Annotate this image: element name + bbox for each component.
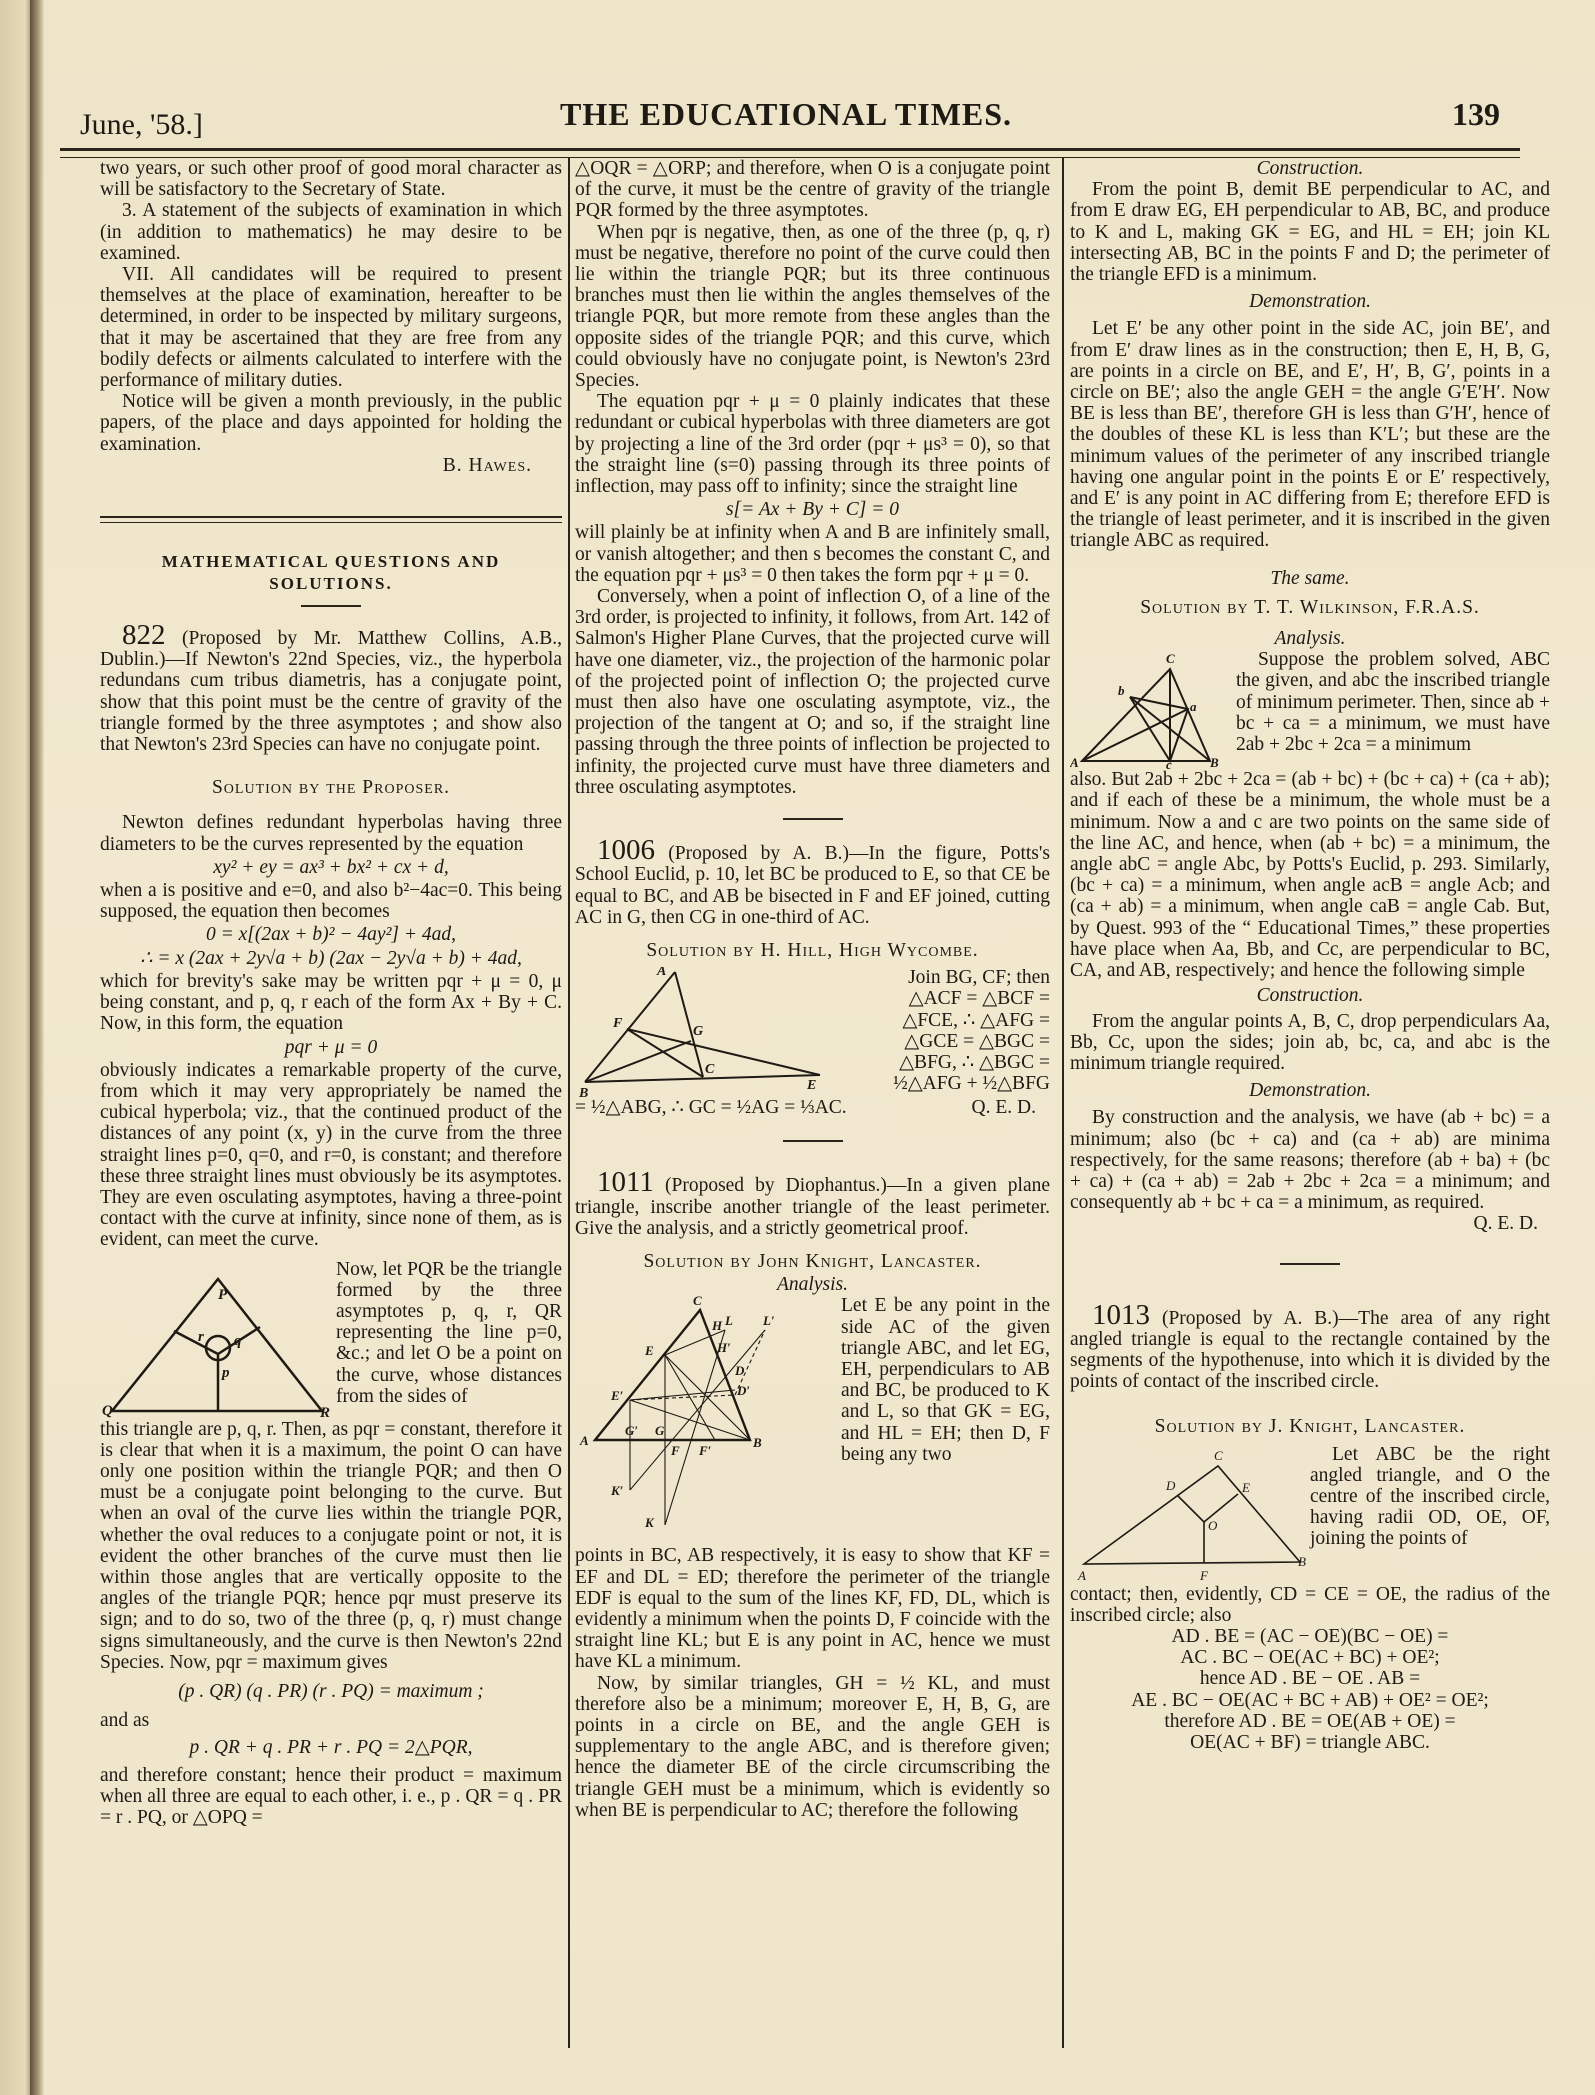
paragraph: also. But 2ab + 2bc + 2ca = (ab + bc) + … (1070, 769, 1550, 981)
figure-caption-text: Suppose the problem solved, ABC the give… (1230, 649, 1550, 755)
qed: Q. E. D. (972, 1097, 1050, 1118)
label-b: b (1118, 683, 1125, 698)
proof-line: ½△AFG + ½△BFG (845, 1073, 1050, 1094)
divider (783, 1140, 843, 1142)
label-C: C (693, 1295, 702, 1308)
label-B: B (1209, 755, 1219, 769)
label-A: A (1070, 755, 1079, 769)
the-same-label: The same. (1070, 568, 1550, 589)
paragraph: Let E′ be any other point in the side AC… (1070, 318, 1550, 551)
label-G: G (693, 1024, 703, 1039)
paragraph: will plainly be at infinity when A and B… (575, 522, 1050, 586)
label-F-prime: F′ (698, 1443, 712, 1458)
paragraph: points in BC, AB respectively, it is eas… (575, 1545, 1050, 1672)
triangle-abce-figure: A B C E F G (575, 967, 845, 1097)
label-A: A (579, 1433, 589, 1448)
label-c: c (1166, 757, 1172, 769)
section-rule (100, 516, 562, 523)
figure-caption-text: Now, let PQR be the triangle formed by t… (330, 1259, 562, 1407)
proof-line: Join BG, CF; then (845, 967, 1050, 988)
figure-block: A B C D E F O Let ABC be the right angle… (1070, 1444, 1550, 1584)
analysis-label: Analysis. (575, 1274, 1050, 1295)
question-822: 822 (Proposed by Mr. Matthew Collins, A.… (100, 625, 562, 755)
paragraph: By construction and the analysis, we hav… (1070, 1107, 1550, 1213)
equation: xy² + ey = ax³ + bx² + cx + d, (100, 857, 562, 878)
equation: pqr + μ = 0 (100, 1037, 562, 1058)
paragraph: Conversely, when a point of inflection O… (575, 586, 1050, 798)
question-1011: 1011 (Proposed by Diophantus.)—In a give… (575, 1172, 1050, 1239)
figure-block: A B C E F G Join BG, CF; then △ACF = △BC… (575, 967, 1050, 1097)
label-H-prime: H′ (716, 1340, 731, 1355)
label-C: C (1214, 1448, 1223, 1463)
label-L: L (724, 1313, 733, 1328)
label-L-prime: L′ (762, 1313, 775, 1328)
label-q: q (234, 1333, 242, 1349)
inscribed-triangle-figure: A B C E E′ G′ G H H′ D D′ F F′ K′ K L L′ (575, 1295, 835, 1545)
question-number: 1011 (597, 1166, 654, 1198)
divider (783, 818, 843, 820)
column-divider-1 (568, 158, 570, 2048)
equation: AE . BC − OE(AC + BC + AB) + OE² = OE²; (1070, 1690, 1550, 1711)
figure-block: A B C a b c Suppose the problem solved, … (1070, 649, 1550, 769)
equation: p . QR + q . PR + r . PQ = 2△PQR, (100, 1737, 562, 1758)
label-D: D (734, 1363, 745, 1378)
figure-caption-text: Let ABC be the right angled triangle, an… (1310, 1444, 1550, 1550)
analysis-label: Analysis. (1070, 628, 1550, 649)
paragraph: From the angular points A, B, C, drop pe… (1070, 1011, 1550, 1075)
solution-heading: Solution by the Proposer. (100, 777, 562, 798)
paragraph: Notice will be given a month previously,… (100, 391, 562, 455)
label-p: p (220, 1365, 230, 1381)
question-number: 1013 (1092, 1299, 1150, 1331)
paragraph: From the point B, demit BE perpendicular… (1070, 179, 1550, 285)
proof-line: △GCE = △BGC = (845, 1031, 1050, 1052)
proof-line: △ACF = △BCF = (845, 988, 1050, 1009)
label-D: D (1165, 1478, 1176, 1493)
figure-block: P Q R r q p Now, let PQR be the triangle… (100, 1259, 562, 1419)
column-middle: △OQR = △ORP; and therefore, when O is a … (575, 158, 1050, 1821)
paragraph: Newton defines redundant hyperbolas havi… (100, 812, 562, 854)
figure-block: A B C E E′ G′ G H H′ D D′ F F′ K′ K L L′… (575, 1295, 1050, 1545)
paragraph: Now, by similar triangles, GH = ½ KL, an… (575, 1673, 1050, 1821)
paragraph: △OQR = △ORP; and therefore, when O is a … (575, 158, 1050, 222)
proof-line: = ½△ABG, ∴ GC = ½AG = ⅓AC. (575, 1097, 847, 1118)
equation: OE(AC + BF) = triangle ABC. (1070, 1732, 1550, 1753)
column-right: Construction. From the point B, demit BE… (1070, 158, 1550, 1753)
label-D-prime: D′ (736, 1383, 750, 1398)
label-K-prime: K′ (610, 1483, 624, 1498)
issue-date: June, '58.] (80, 108, 203, 142)
question-1013: 1013 (Proposed by A. B.)—The area of any… (1070, 1305, 1550, 1393)
label-B: B (752, 1435, 762, 1450)
proof-line: △FCE, ∴ △AFG = (845, 1010, 1050, 1031)
equation: 0 = x[(2ax + b)² − 4ay²] + 4ad, (100, 924, 562, 945)
paragraph: two years, or such other proof of good m… (100, 158, 562, 200)
label-E: E (1241, 1480, 1250, 1495)
label-Q: Q (102, 1403, 113, 1419)
orthic-triangle-figure: A B C a b c (1070, 649, 1230, 769)
question-number: 822 (122, 619, 166, 651)
equation: AC . BC − OE(AC + BC) + OE²; (1070, 1647, 1550, 1668)
equation: ∴ = x (2ax + 2y√a + b) (2ax − 2y√a + b) … (100, 948, 562, 969)
construction-label: Construction. (1070, 985, 1550, 1006)
paragraph: VII. All candidates will be required to … (100, 264, 562, 391)
demonstration-label: Demonstration. (1070, 1080, 1550, 1101)
question-1006: 1006 (Proposed by A. B.)—In the figure, … (575, 840, 1050, 928)
label-E: E (806, 1078, 816, 1093)
masthead-rule (60, 148, 1520, 158)
equation: AD . BE = (AC − OE)(BC − OE) = (1070, 1626, 1550, 1647)
label-B: B (1298, 1554, 1306, 1569)
divider (301, 605, 361, 607)
construction-label: Construction. (1070, 158, 1550, 179)
label-O: O (1208, 1518, 1218, 1533)
label-C: C (1166, 651, 1175, 666)
label-F: F (612, 1016, 623, 1031)
question-number: 1006 (597, 834, 655, 866)
paragraph: which for brevity's sake may be written … (100, 971, 562, 1035)
proof-line: △BFG, ∴ △BGC = (845, 1052, 1050, 1073)
label-G: G (655, 1423, 665, 1438)
label-C: C (705, 1062, 715, 1077)
paragraph: this triangle are p, q, r. Then, as pqr … (100, 1419, 562, 1673)
paragraph: contact; then, evidently, CD = CE = OE, … (1070, 1584, 1550, 1626)
label-F: F (1199, 1568, 1209, 1583)
label-R: R (319, 1405, 330, 1419)
solution-heading: Solution by J. Knight, Lancaster. (1070, 1416, 1550, 1437)
section-title: MATHEMATICAL QUESTIONS AND SOLUTIONS. (100, 551, 562, 595)
label-A: A (1077, 1568, 1086, 1583)
paragraph: 3. A statement of the subjects of examin… (100, 200, 562, 264)
publication-title: THE EDUCATIONAL TIMES. (560, 96, 1012, 133)
equation: therefore AD . BE = OE(AB + OE) = (1070, 1711, 1550, 1732)
solution-heading: Solution by H. Hill, High Wycombe. (575, 940, 1050, 961)
solution-heading: Solution by John Knight, Lancaster. (575, 1251, 1050, 1272)
proof-conclusion: = ½△ABG, ∴ GC = ½AG = ⅓AC. Q. E. D. (575, 1097, 1050, 1118)
paragraph: and as (100, 1710, 562, 1731)
solution-heading: Solution by T. T. Wilkinson, F.R.A.S. (1070, 597, 1550, 618)
figure-caption-text: Let E be any point in the side AC of the… (835, 1295, 1050, 1465)
demonstration-label: Demonstration. (1070, 291, 1550, 312)
qed: Q. E. D. (1070, 1213, 1550, 1234)
label-a: a (1190, 699, 1197, 714)
label-B: B (578, 1086, 588, 1097)
masthead: June, '58.] THE EDUCATIONAL TIMES. 139 (80, 90, 1520, 150)
label-A: A (656, 967, 666, 979)
label-E: E (644, 1343, 654, 1358)
paragraph: When pqr is negative, then, as one of th… (575, 222, 1050, 392)
equation: (p . QR) (q . PR) (r . PQ) = maximum ; (100, 1681, 562, 1702)
paragraph: obviously indicates a remarkable propert… (100, 1060, 562, 1251)
triangle-pqr-figure: P Q R r q p (100, 1259, 330, 1419)
label-G-prime: G′ (625, 1423, 638, 1438)
divider (1280, 1263, 1340, 1265)
solution-lines: Join BG, CF; then △ACF = △BCF = △FCE, ∴ … (845, 967, 1050, 1094)
paragraph: and therefore constant; hence their prod… (100, 1765, 562, 1829)
question-text: (Proposed by Mr. Matthew Collins, A.B., … (100, 628, 562, 755)
right-triangle-incircle-figure: A B C D E F O (1070, 1444, 1310, 1584)
book-gutter (30, 0, 44, 2095)
equation: s[= Ax + By + C] = 0 (575, 499, 1050, 520)
label-H: H (711, 1318, 723, 1333)
equation: hence AD . BE − OE . AB = (1070, 1668, 1550, 1689)
paragraph: The equation pqr + μ = 0 plainly indicat… (575, 391, 1050, 497)
page-number: 139 (1452, 96, 1500, 133)
label-K: K (644, 1515, 655, 1530)
label-F: F (670, 1443, 680, 1458)
paragraph: when a is positive and e=0, and also b²−… (100, 880, 562, 922)
column-left: two years, or such other proof of good m… (100, 158, 562, 1828)
label-P: P (218, 1287, 228, 1303)
label-E-prime: E′ (610, 1388, 624, 1403)
signature: B. Hawes. (100, 455, 562, 476)
label-r: r (198, 1329, 204, 1345)
column-divider-2 (1062, 158, 1064, 2048)
